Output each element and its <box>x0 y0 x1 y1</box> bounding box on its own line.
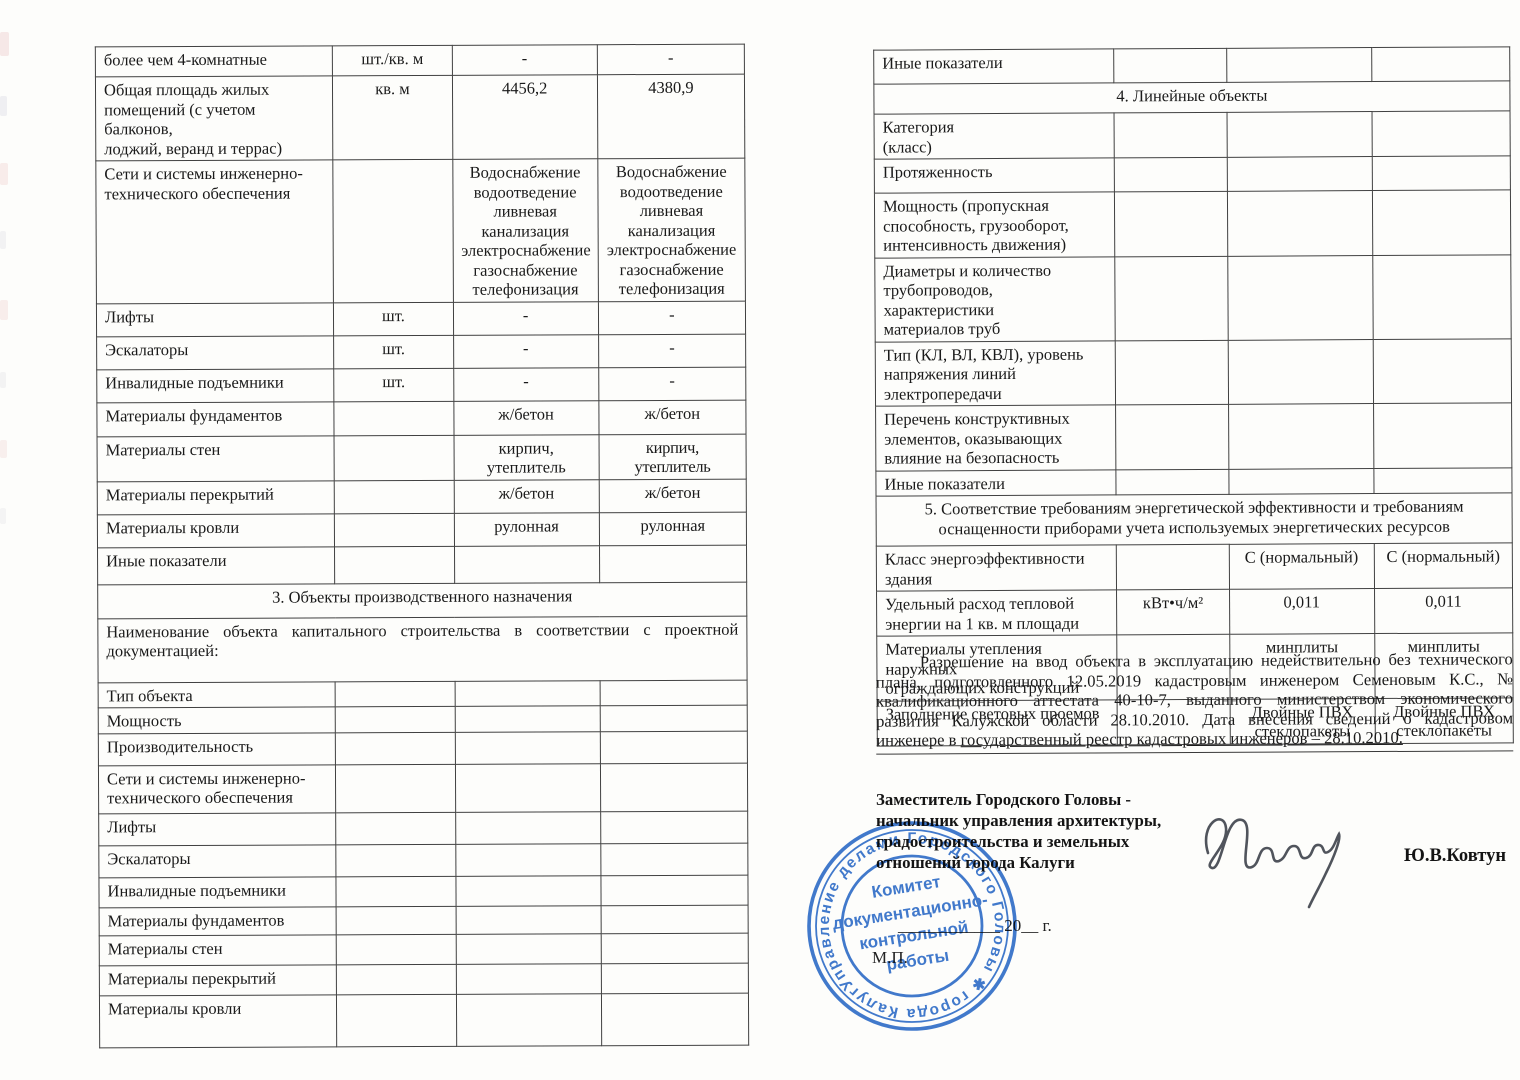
empty-cell <box>600 680 747 706</box>
table-row: Сети и системы инженерно- технического о… <box>98 763 747 814</box>
value-cell-2: ж/бетон <box>599 400 746 435</box>
row-label: Материалы перекрытий <box>99 964 336 995</box>
row-label: Сети и системы инженерно- технического о… <box>98 764 336 813</box>
table-row: Эскалаторы <box>99 843 748 878</box>
table-row: Лифты <box>99 811 748 846</box>
empty-cell <box>455 763 600 812</box>
empty-cell <box>1227 157 1372 192</box>
value-cell-1 <box>454 545 599 583</box>
empty-cell <box>455 875 600 906</box>
scan-artifact <box>0 96 7 116</box>
table-row: Материалы кровли <box>99 993 748 1048</box>
row-label: более чем 4-комнатные <box>95 46 332 77</box>
value-cell-1: С (нормальный) <box>1229 544 1374 590</box>
row-label: Удельный расход тепловой энергии на 1 кв… <box>877 590 1118 636</box>
empty-cell <box>1115 256 1228 341</box>
unit-cell: кв. м <box>333 75 453 160</box>
row-label: Материалы перекрытий <box>97 480 335 514</box>
scan-artifact <box>0 231 6 249</box>
empty-cell <box>336 764 455 813</box>
table-row: Удельный расход тепловой энергии на 1 кв… <box>877 588 1513 636</box>
unit-cell <box>335 480 454 514</box>
row-label: Перечень конструктивных элементов, оказы… <box>876 405 1117 471</box>
table-row: Категория (класс) <box>874 111 1510 159</box>
table-row: Перечень конструктивных элементов, оказы… <box>876 403 1512 471</box>
empty-cell <box>1372 190 1511 255</box>
empty-cell <box>1114 48 1226 83</box>
empty-cell <box>1227 255 1373 340</box>
empty-cell <box>456 905 601 934</box>
empty-cell <box>1371 47 1509 82</box>
page-left: более чем 4-комнатные шт./кв. м - - Обща… <box>95 44 749 1048</box>
official-name: Ю.В.Ковтун <box>1404 846 1506 867</box>
scan-artifact <box>0 440 7 458</box>
value-cell-2: рулонная <box>599 512 746 546</box>
unit-cell <box>333 159 453 302</box>
empty-cell <box>336 706 455 732</box>
empty-cell <box>1373 338 1512 403</box>
empty-cell <box>1116 340 1229 405</box>
empty-cell <box>1228 404 1374 469</box>
table-row: Лифты шт. - - <box>96 301 745 337</box>
value-cell-2: - <box>598 367 745 401</box>
empty-cell <box>600 811 747 844</box>
row-label: Инвалидные подъемники <box>99 876 336 907</box>
empty-cell <box>1116 404 1229 469</box>
value-cell-2: - <box>597 44 744 75</box>
row-label: Общая площадь жилых помещений (с учетом … <box>95 76 333 161</box>
row-label: Производительность <box>98 732 335 765</box>
empty-cell <box>601 933 748 964</box>
value-cell-2: 0,011 <box>1374 588 1512 634</box>
table-row: Материалы перекрытий ж/бетон ж/бетон <box>97 479 746 515</box>
empty-cell <box>1226 48 1371 83</box>
table-row: Иные показатели <box>98 545 747 585</box>
row-label: Материалы кровли <box>99 994 337 1047</box>
section-header-row: 5. Соответствие требованиям энергетическ… <box>876 493 1512 546</box>
table-row: Тип (КЛ, ВЛ, КВЛ), уровень напряжения ли… <box>875 338 1511 406</box>
unit-cell: шт. <box>334 368 453 402</box>
row-label: Эскалаторы <box>99 844 336 877</box>
table-row: Иные показатели <box>874 47 1510 84</box>
unit-cell: кВт•ч/м² <box>1117 589 1229 635</box>
table-row: более чем 4-комнатные шт./кв. м - - <box>95 44 744 77</box>
table-row: Диаметры и количество трубопроводов, хар… <box>875 254 1511 341</box>
scan-artifact <box>0 372 6 388</box>
value-cell-2: С (нормальный) <box>1374 543 1512 589</box>
value-cell-1: 0,011 <box>1229 589 1374 635</box>
empty-cell <box>1227 112 1372 158</box>
row-label: Тип (КЛ, ВЛ, КВЛ), уровень напряжения ли… <box>875 340 1116 406</box>
empty-cell <box>337 934 456 965</box>
unit-cell: шт./кв. м <box>333 45 452 76</box>
empty-cell <box>601 963 748 994</box>
empty-cell <box>455 811 600 844</box>
empty-cell <box>1374 467 1512 493</box>
note-paragraph: Разрешение на ввод объекта в эксплуатаци… <box>876 649 1514 754</box>
table-row: Материалы фундаментов ж/бетон ж/бетон <box>97 400 746 437</box>
empty-cell <box>1115 191 1228 256</box>
section4-title: 4. Линейные объекты <box>874 81 1510 114</box>
official-stamp: Управление делами Городского Головы ✱ го… <box>777 791 1047 1061</box>
empty-cell <box>1228 468 1373 494</box>
scan-artifact <box>0 300 8 320</box>
table-row: Сети и системы инженерно- технического о… <box>96 158 746 303</box>
row-label: Мощность (пропускная способность, грузоо… <box>874 192 1115 258</box>
empty-cell <box>1114 112 1226 158</box>
unit-cell <box>334 401 453 436</box>
section5-title: 5. Соответствие требованиям энергетическ… <box>876 493 1512 546</box>
row-label: Категория (класс) <box>874 113 1115 159</box>
capital-objects-table: более чем 4-комнатные шт./кв. м - - Обща… <box>95 44 749 1048</box>
linear-objects-table: Иные показатели 4. Линейные объекты Кате… <box>873 46 1514 746</box>
table-row: Материалы перекрытий <box>99 963 748 996</box>
value-cell-1: - <box>452 45 597 76</box>
row-label: Иные показатели <box>874 49 1115 84</box>
note-underlined-text: государственный реестр кадастровых инжен… <box>961 728 1403 749</box>
empty-cell <box>1373 254 1512 339</box>
row-label: Протяженность <box>874 158 1115 193</box>
row-label: Инвалидные подъемники <box>97 368 335 402</box>
unit-cell: шт. <box>334 302 453 336</box>
table-row: Инвалидные подъемники <box>99 875 748 908</box>
table-row: Мощность <box>98 705 747 733</box>
row-label: Мощность <box>98 707 335 734</box>
empty-cell <box>1116 469 1228 495</box>
empty-cell <box>336 812 455 845</box>
section-header-row: 4. Линейные объекты <box>874 81 1510 114</box>
value-cell-2: Водоснабжение водоотведение ливневая кан… <box>598 158 746 301</box>
unit-cell: шт. <box>334 335 453 369</box>
empty-cell <box>1373 403 1512 468</box>
unit-cell <box>335 513 454 547</box>
value-cell-1: 4456,2 <box>452 75 598 160</box>
row-label: Иные показатели <box>98 546 336 584</box>
row-label: Диаметры и количество трубопроводов, хар… <box>875 256 1116 341</box>
value-cell-1: - <box>453 301 598 335</box>
row-label: Сети и системы инженерно- технического о… <box>96 160 334 304</box>
table-row: Материалы стен <box>99 933 748 966</box>
table-row: Производительность <box>98 731 747 766</box>
value-cell-1: рулонная <box>454 512 599 546</box>
row-label: Иные показатели <box>876 469 1117 496</box>
empty-cell <box>1372 156 1510 191</box>
empty-cell <box>456 933 601 964</box>
handwritten-signature-icon <box>1186 797 1346 915</box>
value-cell-1: - <box>453 367 598 401</box>
value-cell-2: - <box>598 334 745 368</box>
table-row: Тип объекта <box>98 680 747 708</box>
value-cell-2: 4380,9 <box>597 74 745 159</box>
value-cell-1: Водоснабжение водоотведение ливневая кан… <box>452 159 598 302</box>
empty-cell <box>455 731 600 764</box>
empty-cell <box>1227 191 1373 256</box>
section-header-row: 3. Объекты производственного назначения <box>98 582 747 619</box>
empty-cell <box>1115 157 1227 192</box>
empty-cell <box>455 680 600 706</box>
row-label: Эскалаторы <box>97 335 335 369</box>
empty-cell <box>337 994 456 1047</box>
empty-cell <box>601 905 748 934</box>
row-label: Материалы фундаментов <box>97 401 335 436</box>
page-right: Иные показатели 4. Линейные объекты Кате… <box>873 46 1514 746</box>
table-row: Протяженность <box>874 156 1510 193</box>
table-row: Общая площадь жилых помещений (с учетом … <box>95 74 744 161</box>
empty-cell <box>601 875 748 906</box>
value-cell-2: - <box>598 301 745 335</box>
row-label: Материалы кровли <box>97 513 335 547</box>
empty-cell <box>600 705 747 731</box>
row-label: Лифты <box>99 812 336 845</box>
table-row: Материалы фундаментов <box>99 905 748 936</box>
value-cell-2: кирпич, утеплитель <box>599 434 746 480</box>
empty-cell <box>336 906 455 935</box>
row-label: Класс энергоэффективности здания <box>876 545 1117 591</box>
empty-cell <box>456 993 601 1046</box>
table-row: Мощность (пропускная способность, грузоо… <box>874 190 1510 258</box>
empty-cell <box>601 993 748 1046</box>
row-label: Лифты <box>96 302 334 336</box>
table-row: Эскалаторы шт. - - <box>97 334 746 370</box>
table-row: Материалы кровли рулонная рулонная <box>97 512 746 548</box>
empty-cell <box>455 706 600 732</box>
value-cell-1: ж/бетон <box>453 400 598 435</box>
empty-cell <box>336 876 455 907</box>
row-label: Материалы стен <box>97 435 335 481</box>
section3-title: 3. Объекты производственного назначения <box>98 582 747 619</box>
row-label: Тип объекта <box>98 681 335 708</box>
scan-artifact <box>0 163 8 185</box>
empty-cell <box>1372 111 1510 157</box>
value-cell-2 <box>599 545 746 583</box>
unit-cell <box>335 546 454 584</box>
table-row: Класс энергоэффективности здания С (норм… <box>876 543 1512 591</box>
signature-stroke <box>1206 819 1339 907</box>
empty-cell <box>1228 339 1374 404</box>
unit-cell <box>1117 544 1229 590</box>
row-label: Материалы стен <box>99 934 336 965</box>
empty-cell <box>455 843 600 876</box>
empty-cell <box>337 964 456 995</box>
table-row: Иные показатели <box>876 467 1512 496</box>
empty-cell <box>336 844 455 877</box>
table-row: Материалы стен кирпич, утеплитель кирпич… <box>97 434 746 482</box>
empty-cell <box>336 732 455 765</box>
scan-artifact <box>0 32 9 56</box>
table-row: Инвалидные подъемники шт. - - <box>97 367 746 403</box>
empty-cell <box>601 843 748 876</box>
unit-cell <box>334 435 453 481</box>
empty-cell <box>600 731 747 764</box>
section3-intro: Наименование объекта капитального строит… <box>98 616 747 683</box>
empty-cell <box>335 681 454 707</box>
value-cell-2: ж/бетон <box>599 479 746 513</box>
scan-artifact <box>0 508 6 524</box>
empty-cell <box>456 963 601 994</box>
row-label: Материалы фундаментов <box>99 906 336 935</box>
value-cell-1: кирпич, утеплитель <box>454 434 599 480</box>
value-cell-1: ж/бетон <box>454 479 599 513</box>
value-cell-1: - <box>453 334 598 368</box>
empty-cell <box>600 763 747 812</box>
table-row: Наименование объекта капитального строит… <box>98 616 747 683</box>
